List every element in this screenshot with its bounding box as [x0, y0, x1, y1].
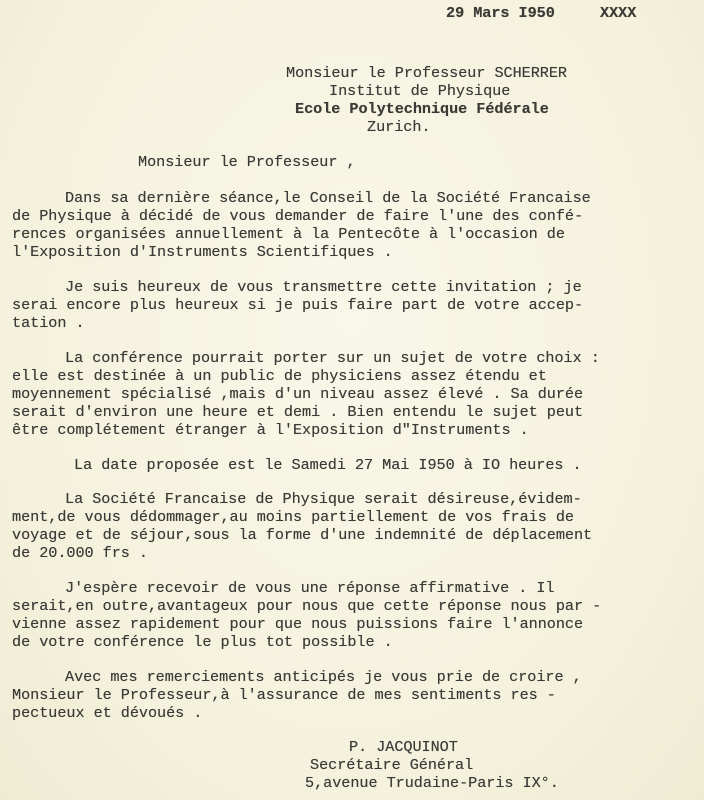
signatory-name: P. JACQUINOT: [349, 738, 458, 756]
paragraph-line: Avec mes remerciements anticipés je vous…: [65, 668, 582, 686]
paragraph-line: Dans sa dernière séance,le Conseil de la…: [65, 189, 591, 207]
paragraph-line: pectueux et dévoués .: [12, 704, 202, 722]
paragraph-line: elle est destinée à un public de physici…: [12, 367, 547, 385]
recipient-line: Zurich.: [367, 118, 430, 136]
letter-date: 29 Mars I950: [446, 4, 555, 22]
salutation: Monsieur le Professeur ,: [138, 153, 356, 171]
signatory-title: Secrétaire Général: [310, 756, 473, 774]
paragraph-line: La date proposée est le Samedi 27 Mai I9…: [74, 456, 582, 474]
paragraph-line: de 20.000 frs .: [12, 544, 148, 562]
recipient-line: Monsieur le Professeur SCHERRER: [286, 64, 567, 82]
paragraph-line: de votre conférence le plus tot possible…: [12, 633, 393, 651]
letter-reference: XXXX: [600, 4, 636, 22]
paragraph-line: La conférence pourrait porter sur un suj…: [65, 349, 600, 367]
paragraph-line: La Société Francaise de Physique serait …: [65, 490, 582, 508]
signatory-address: 5,avenue Trudaine-Paris IX°.: [305, 774, 559, 792]
paragraph-line: serait,en outre,avantageux pour nous que…: [12, 597, 601, 615]
paragraph-line: ment,de vous dédommager,au moins partiel…: [12, 508, 574, 526]
paragraph-line: vienne assez rapidement pour que nous pu…: [12, 615, 583, 633]
recipient-line: Ecole Polytechnique Fédérale: [295, 100, 549, 118]
paragraph-line: Je suis heureux de vous transmettre cett…: [65, 278, 582, 296]
paragraph-line: l'Exposition d'Instruments Scientifiques…: [12, 243, 393, 261]
recipient-line: Institut de Physique: [329, 82, 510, 100]
paragraph-line: moyennement spécialisé ,mais d'un niveau…: [12, 385, 583, 403]
paragraph-line: être complétement étranger à l'Expositio…: [12, 421, 529, 439]
paragraph-line: voyage et de séjour,sous la forme d'une …: [12, 526, 592, 544]
paragraph-line: Monsieur le Professeur,à l'assurance de …: [12, 686, 556, 704]
paragraph-line: tation .: [12, 314, 85, 332]
paragraph-line: de Physique à décidé de vous demander de…: [12, 207, 583, 225]
paragraph-line: serai encore plus heureux si je puis fai…: [12, 296, 583, 314]
paragraph-line: J'espère recevoir de vous une réponse af…: [65, 579, 554, 597]
paragraph-line: serait d'environ une heure et demi . Bie…: [12, 403, 583, 421]
paragraph-line: rences organisées annuellement à la Pent…: [12, 225, 565, 243]
